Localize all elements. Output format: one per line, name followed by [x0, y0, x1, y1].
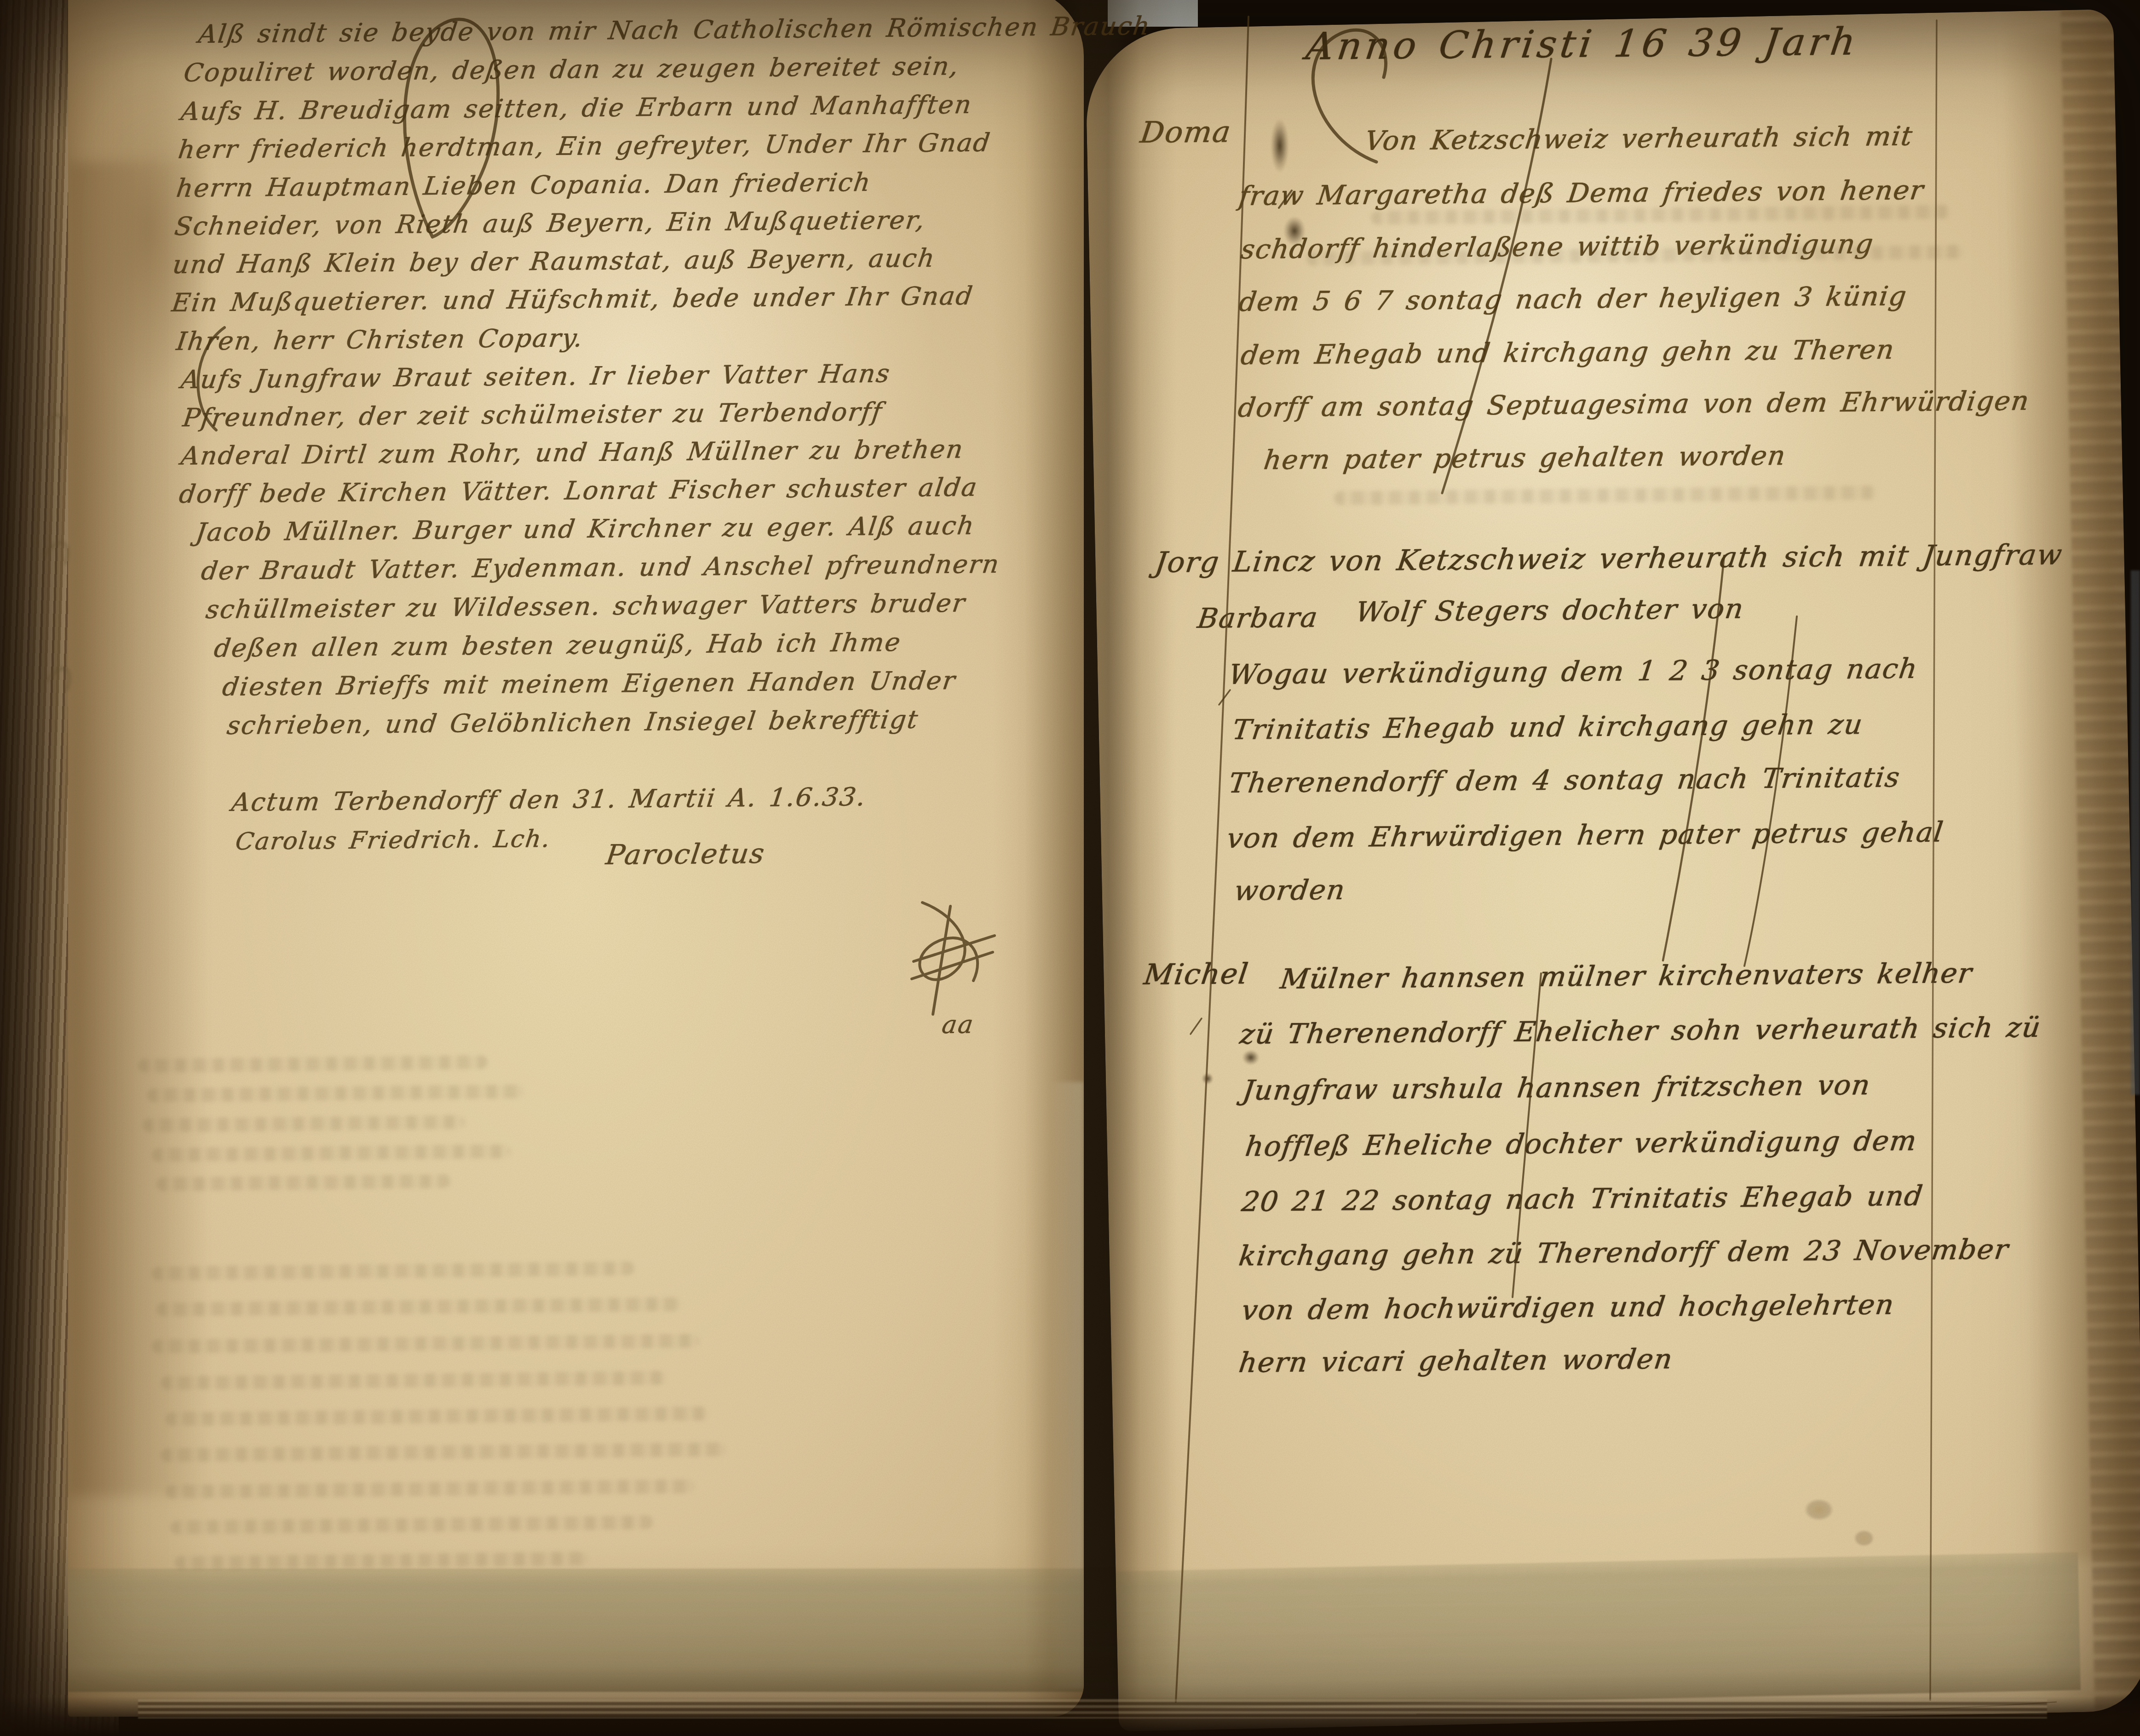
background-label-strip [1108, 0, 1198, 27]
water-stain-top-left [85, 65, 213, 397]
right-page [1085, 9, 2140, 1731]
background-edge-sliver [2131, 570, 2140, 1095]
book-spread: Alß sindt sie beyde von mir Nach Catholi… [0, 0, 2140, 1736]
bottom-page-edges [138, 1699, 2047, 1719]
repair-tape-right [1116, 1552, 2081, 1709]
repair-tape-left [68, 1569, 1084, 1692]
left-page [68, 0, 1084, 1717]
